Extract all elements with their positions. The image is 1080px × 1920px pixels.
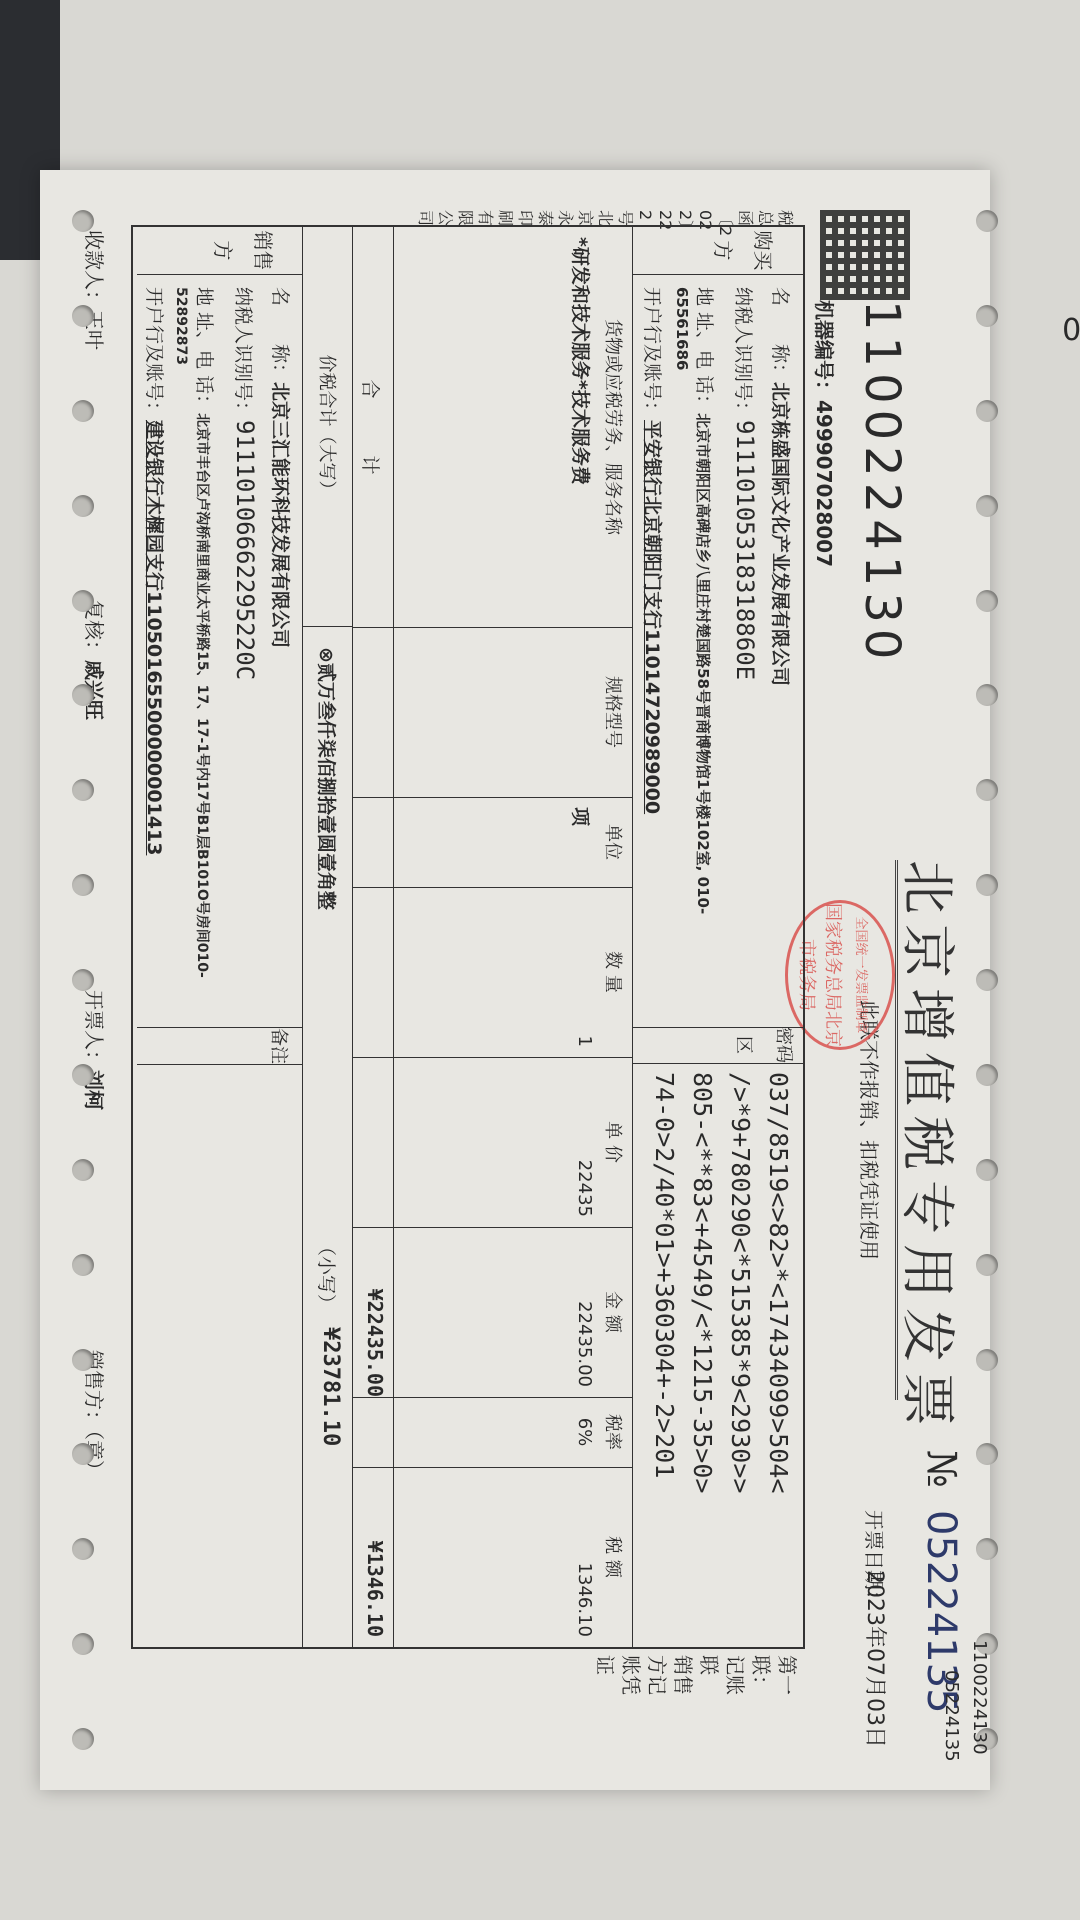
invoice-code: 1100224130 (854, 300, 910, 665)
invoice-table: 购买方 名 称：北京栋盛国际文化产业发展有限公司 纳税人识别号：91110105… (131, 225, 805, 1649)
buyer-section: 购买方 名 称：北京栋盛国际文化产业发展有限公司 纳税人识别号：91110105… (632, 227, 803, 1647)
copy-label: 第一联：记账联 销售方记账凭证 (592, 1655, 800, 1695)
col-name-header: 货物或应税劳务、服务名称 (601, 227, 627, 627)
total-tax: ¥1346.10 (363, 1467, 387, 1637)
seller-section-label: 销售方 (137, 227, 303, 275)
remarks-label: 备注 (137, 1027, 303, 1065)
col-price-header: 单 价 (601, 1057, 627, 1227)
totals-row: 合 计 ¥22435.00 ¥1346.10 (353, 227, 394, 1647)
machine-no: 499907028007 (812, 400, 836, 567)
col-spec-header: 规格型号 (601, 627, 627, 797)
item-name: *研发和技术服务*技术服务费 (568, 237, 595, 617)
items-section: 货物或应税劳务、服务名称 *研发和技术服务*技术服务费 规格型号 单位 项 数 … (352, 227, 633, 1647)
qr-code (820, 210, 910, 300)
invoice-date: 2023年07月03日 (861, 1570, 892, 1748)
invoice-code-right: 1100224130 (969, 1640, 990, 1755)
col-qty-header: 数 量 (601, 887, 627, 1057)
item-tax: 1346.10 (574, 1477, 595, 1637)
invoice-title: 北京增值税专用发票 (893, 860, 970, 1436)
buyer-section-label: 购买方 (633, 227, 803, 275)
top-serial: 05224135 (1062, 313, 1080, 348)
col-rate-header: 税率 (601, 1397, 627, 1467)
seller-section: 销售方 名 称：北京三汇能环科技发展有限公司 纳税人识别号：9111010666… (137, 227, 303, 1647)
item-amount: 22435.00 (574, 1237, 595, 1387)
item-rate: 6% (574, 1401, 595, 1463)
total-amount: ¥22435.00 (363, 1227, 387, 1397)
col-tax-header: 税 额 (601, 1467, 627, 1647)
col-unit-header: 单位 (601, 797, 627, 887)
grand-total-amount: ¥23781.10 (318, 1327, 343, 1446)
col-amount-header: 金 额 (601, 1227, 627, 1397)
title-underline (895, 860, 898, 1400)
invoice-number-right: 05224135 (941, 1670, 962, 1762)
number-symbol: № (918, 1450, 964, 1488)
machine-no-label: 机器编号： (812, 300, 836, 400)
tractor-holes-bottom (72, 210, 94, 1750)
tractor-holes-top (976, 210, 998, 1750)
password-area-label: 密码区 (633, 1027, 803, 1064)
item-qty: 1 (574, 897, 595, 1047)
password-area: 037/8519<>82>*<17434099>504< />*9+780290… (645, 1072, 797, 1493)
item-price: 22435 (574, 1067, 595, 1217)
seller-name: 北京三汇能环科技发展有限公司 (269, 382, 291, 648)
vat-invoice: 05224135 1100224130 机器编号：499907028007 北京… (60, 170, 1010, 1790)
item-unit: 项 (568, 807, 595, 877)
seller-bank: 建设银行木樨园支行11050165500000001413 (143, 420, 165, 855)
buyer-bank: 平安银行北京朝阳门支行11014720989000 (641, 420, 663, 814)
grand-total-words: ⊗贰万叁仟柒佰捌拾壹圆壹角整 (314, 647, 341, 910)
seller-tax-id: 91110106662295220C (231, 420, 259, 680)
buyer-name: 北京栋盛国际文化产业发展有限公司 (769, 382, 791, 686)
grand-total-row: 价税合计（大写） ⊗贰万叁仟柒佰捌拾壹圆壹角整 （小写） ¥23781.10 (302, 227, 353, 1647)
buyer-tax-id: 91110105318318860E (731, 420, 759, 680)
